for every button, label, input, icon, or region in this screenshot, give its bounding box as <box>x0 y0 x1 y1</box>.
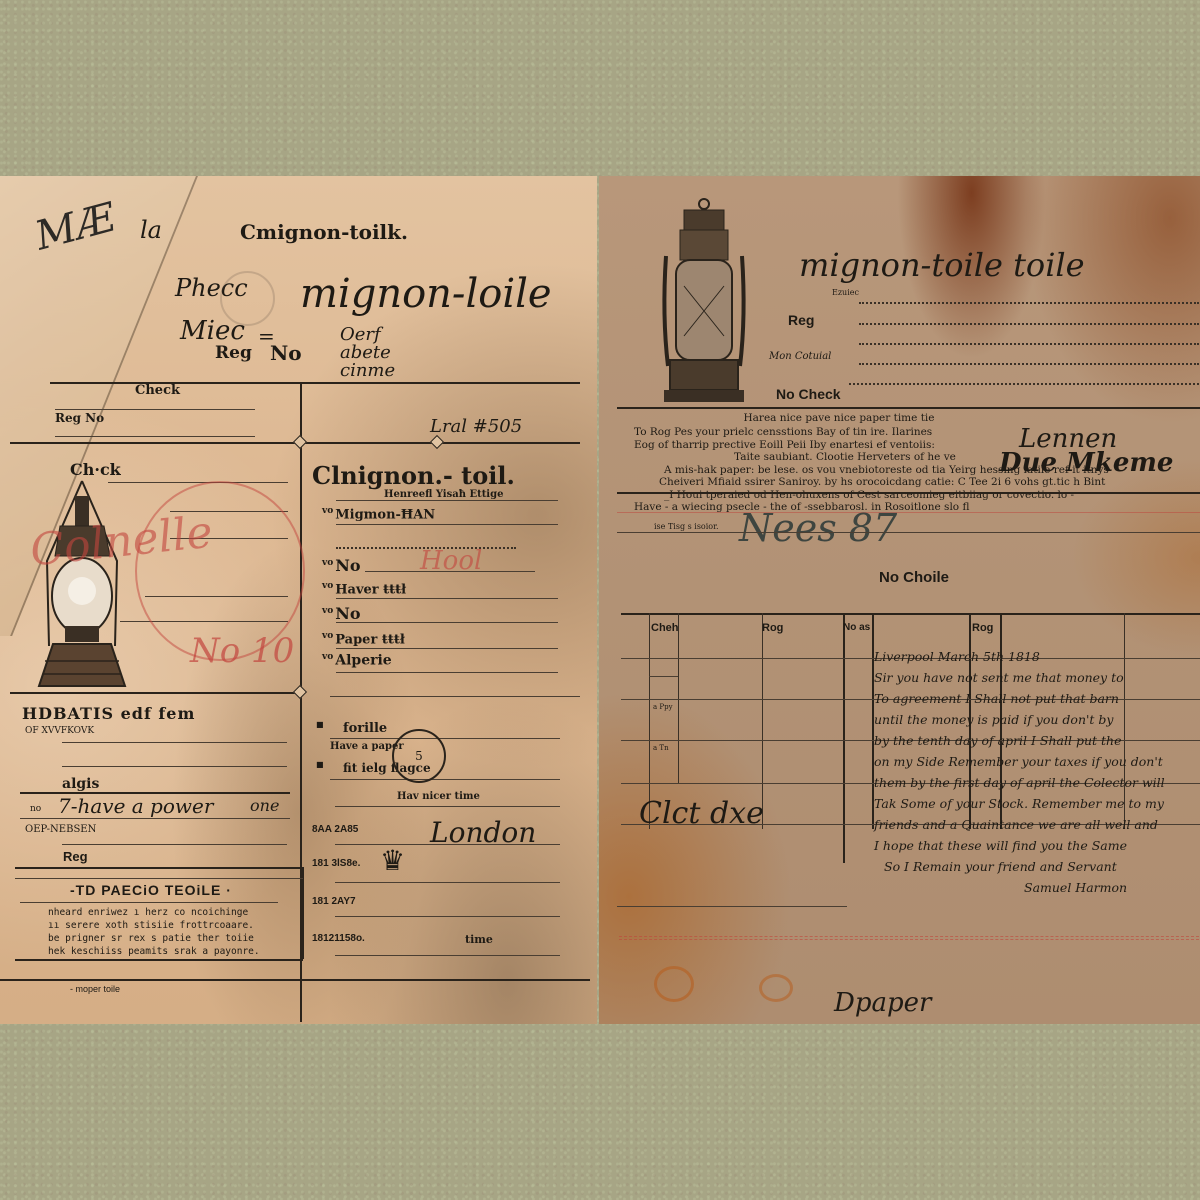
lower-subtitle: OF XVVFKOVK <box>25 726 94 736</box>
dotted-line <box>849 383 1199 385</box>
lantern-illustration-icon <box>35 476 130 691</box>
line <box>335 806 560 807</box>
small-label: Ezuiec <box>832 288 859 297</box>
line <box>330 696 580 697</box>
line <box>55 409 255 410</box>
row-label: No <box>335 556 360 575</box>
dotted-line <box>859 302 1199 304</box>
dotted-line <box>859 323 1199 325</box>
scribble-mark: MÆ <box>30 194 120 259</box>
line <box>336 500 558 501</box>
faded-stamp <box>220 271 275 326</box>
letter-line: on my Side Remember your taxes if you do… <box>874 751 1165 772</box>
small-title: Cmignon-toilk. <box>240 220 408 244</box>
letter-line: friends and a Quaintance we are all well… <box>874 814 1165 835</box>
checkbox-icon[interactable]: ■ <box>316 719 324 729</box>
check-title: Check <box>135 383 180 398</box>
row-prefix: vo <box>322 506 333 516</box>
line <box>335 955 560 956</box>
box-title: -TD PAECiO TEOiLE · <box>70 882 232 898</box>
line <box>20 818 290 819</box>
no-label: No <box>270 341 302 365</box>
reg-label-lower: Reg <box>63 849 88 864</box>
row-prefix: vo <box>322 652 333 662</box>
algis-label: algis <box>62 776 99 792</box>
code-2: 181 3lS8e. <box>312 858 360 869</box>
handwritten-suffix: one <box>250 796 279 815</box>
letter-line: Sir you have not sent me that money to <box>874 667 1165 688</box>
code-1: 8AA 2A85 <box>312 824 358 835</box>
right-document-sheet: mignon-toile toile Ezuiec Reg Mon Cotuia… <box>599 176 1200 1024</box>
footer-text: - moper toile <box>70 984 120 994</box>
line <box>15 878 303 879</box>
row-prefix: vo <box>322 606 333 616</box>
no-prefix: no <box>30 804 41 814</box>
letter-line: Tak Some of your Stock. Remember me to m… <box>874 793 1165 814</box>
table-header-rog: Rog <box>762 622 783 634</box>
stamp-number: 5 <box>415 749 423 763</box>
crown-icon: ♛ <box>380 844 405 877</box>
lower-title: HDBATIS edf fem <box>22 704 195 723</box>
form-row[interactable]: voAlperie <box>322 652 392 669</box>
divider <box>617 407 1200 409</box>
line <box>335 882 560 883</box>
red-perforation <box>619 936 1199 940</box>
reg-label: Reg <box>788 312 814 328</box>
time-label: time <box>465 933 493 946</box>
line <box>335 916 560 917</box>
line <box>336 598 558 599</box>
table-header-rog-2: Rog <box>972 622 993 634</box>
form-subtitle: Henreefl Yisaħ Ettige <box>384 489 503 500</box>
code-3: 181 2AY7 <box>312 896 356 907</box>
line <box>62 766 287 767</box>
divider <box>0 979 590 981</box>
line-small-text: ise Tisg s isoior. <box>654 522 719 531</box>
note-line: cinme <box>340 362 395 380</box>
row-prefix: vo <box>322 581 333 591</box>
form-row[interactable]: voNo <box>322 604 361 623</box>
forille-label: forille <box>343 721 387 736</box>
letter-line: them by the first day of april the Colec… <box>874 772 1165 793</box>
divider <box>10 692 300 694</box>
nicer-time-label: Hav nicer time <box>397 791 480 802</box>
handwritten-overlay: Due Mkeme <box>999 448 1173 478</box>
letter-signature: Samuel Harmon <box>874 877 1165 898</box>
row-prefix: vo <box>322 558 333 568</box>
handwritten-letter: Liverpool March 5th 1818 Sir you have no… <box>874 646 1165 898</box>
line <box>336 524 558 525</box>
handwritten-paper: Dpaper <box>834 988 931 1018</box>
handwritten-entry: 7-have a power <box>58 794 213 818</box>
table-header-no-as: No as <box>843 622 870 633</box>
scribble-la: la <box>140 216 162 244</box>
form-row[interactable]: voMigmon-ĦAN <box>322 506 435 522</box>
table-row-line <box>649 676 678 677</box>
dotted-line <box>859 343 1199 345</box>
row-mark: a Ppy <box>653 703 673 711</box>
box-line: hek keschiiss peamits srak a payonre. <box>48 945 260 958</box>
handwritten-title: mignon-loile <box>300 271 552 317</box>
line <box>330 738 560 739</box>
letter-line: until the money is paid if you don't by <box>874 709 1165 730</box>
reg-label: Reg <box>215 343 252 363</box>
handwritten-number: Nees 87 <box>739 506 897 550</box>
row-prefix: vo <box>322 631 333 641</box>
typed-block: Harea nice pave nice paper time tie <box>629 412 1049 425</box>
line <box>62 844 287 845</box>
box-line: ıı serere xoth stisiie frottrcoaare. <box>48 919 260 932</box>
line <box>617 532 1200 533</box>
left-document-sheet: MÆ la Cmignon-toilk. Phecc Miec = mignon… <box>0 176 597 1024</box>
red-number: No 10 <box>190 631 294 671</box>
line <box>336 648 558 649</box>
form-title: Clnignon.- toil. <box>312 461 515 490</box>
line <box>20 902 278 903</box>
form-row[interactable]: voNo <box>322 556 361 575</box>
row-label: Haver ŧŧŧł <box>335 582 406 597</box>
row-label: Migmon-ĦAN <box>335 507 435 522</box>
row-label: No <box>335 604 360 623</box>
table-col-line <box>843 613 845 863</box>
box-line: nheard enriwez ı herz co ncoichinge <box>48 906 260 919</box>
red-line <box>617 512 1200 513</box>
diamond-ornament <box>293 685 307 699</box>
table-header-cheh: Cheh <box>651 622 679 634</box>
code-4: 18121158o. <box>312 933 365 944</box>
box-right-border <box>302 867 304 959</box>
letter-line: Liverpool March 5th 1818 <box>874 646 1165 667</box>
table-col-line <box>678 613 679 783</box>
red-handwriting: Hool <box>420 546 482 576</box>
diamond-ornament <box>293 435 307 449</box>
stain <box>759 974 793 1002</box>
line <box>62 742 287 743</box>
small-note: Mon Cotuial <box>769 351 831 362</box>
form-row[interactable]: voPaper ŧŧŧł <box>322 631 405 647</box>
reg-no-label: Reg No <box>55 411 104 425</box>
dotted-line <box>859 363 1199 365</box>
box-line: be prigner sr rex s patie ther toiie <box>48 932 260 945</box>
row-label: Alperie <box>335 653 391 669</box>
typed-line: _I Houi tperaied od Hen-ohuxens of Cest … <box>634 489 1109 502</box>
divider <box>617 492 1200 494</box>
form-row[interactable]: voHaver ŧŧŧł <box>322 581 406 597</box>
lantern-illustration-icon <box>654 196 754 406</box>
no-choile-title: No Choile <box>879 569 949 586</box>
table-top <box>621 613 1200 615</box>
divider <box>15 867 303 869</box>
postmark-stamp: 5 <box>392 729 446 783</box>
box-text: nheard enriwez ı herz co ncoichinge ıı s… <box>48 906 260 958</box>
letter-line: So I Remain your friend and Servant <box>874 856 1165 877</box>
divider <box>15 959 303 961</box>
handwritten-scrawl: Clct dxe <box>639 796 764 831</box>
letter-line: by the tenth day of april I Shall put th… <box>874 730 1165 751</box>
row-mark: a Tn <box>653 744 669 752</box>
row-label: Paper ŧŧŧł <box>335 632 405 647</box>
diamond-ornament <box>430 435 444 449</box>
line <box>330 779 560 780</box>
checkbox-icon[interactable]: ■ <box>316 759 324 769</box>
typed-line: Harea nice pave nice paper time tie <box>629 412 1049 425</box>
stain <box>654 966 694 1002</box>
letter-line: To agreement I Shall not put that barn <box>874 688 1165 709</box>
divider <box>50 382 580 384</box>
signature-scrawl: London <box>430 816 536 849</box>
signature: Lral #505 <box>430 416 522 437</box>
line <box>617 906 847 907</box>
handwritten-notes: Oerf abete cinme <box>340 326 395 380</box>
line <box>55 436 255 437</box>
script-title: mignon-toile toile <box>799 246 1085 284</box>
letter-line: I hope that these will find you the Same <box>874 835 1165 856</box>
line <box>336 672 558 673</box>
line <box>336 622 558 623</box>
no-check-label: No Check <box>776 386 841 402</box>
oep-label: OEP-NEBSEN <box>25 824 96 835</box>
